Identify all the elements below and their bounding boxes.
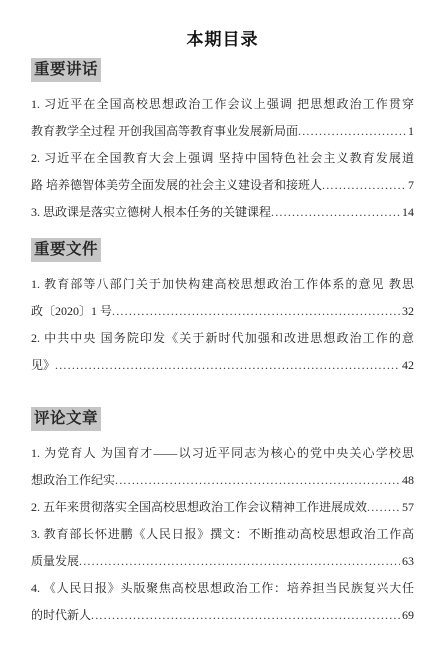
dot-leader [91,602,400,629]
toc-entry-line: 想政治工作纪实 [31,467,115,494]
document-page: 本期目录 重要讲话 1. 习近平在全国高校思想政治工作会议上强调 把思想政治工作… [0,0,438,654]
toc-entry[interactable]: 3. 教育部长怀进鹏《人民日报》撰文：不断推动高校思想政治工作高 质量发展63 [31,521,414,575]
section-heading: 重要文件 [31,238,101,262]
page-number: 7 [406,172,414,199]
toc-section-speeches: 重要讲话 1. 习近平在全国高校思想政治工作会议上强调 把思想政治工作贯穿 教育… [31,58,414,226]
section-heading: 评论文章 [31,407,101,431]
toc-entry-line: 4. 《人民日报》头版聚焦高校思想政治工作：培养担当民族复兴大任 [31,575,414,602]
toc-entry-line: 3. 教育部长怀进鹏《人民日报》撰文：不断推动高校思想政治工作高 [31,521,414,548]
toc-entry-line: 3. 思政课是落实立德树人根本任务的关键课程 [31,199,271,226]
toc-section-documents: 重要文件 1. 教育部等八部门关于加快构建高校思想政治工作体系的意见 教思 政〔… [31,238,414,379]
dot-leader [115,467,400,494]
toc-entry-line: 1. 习近平在全国高校思想政治工作会议上强调 把思想政治工作贯穿 [31,91,414,118]
toc-entry-line: 质量发展 [31,548,79,575]
page-number: 32 [400,298,414,325]
toc-entry[interactable]: 2. 中共中央 国务院印发《关于新时代加强和改进思想政治工作的意 见》42 [31,325,414,379]
toc-entry-line: 2. 习近平在全国教育大会上强调 坚持中国特色社会主义教育发展道 [31,145,414,172]
toc-entry[interactable]: 2. 五年来贯彻落实全国高校思想政治工作会议精神工作进展成效57 [31,494,414,521]
dot-leader [112,298,400,325]
toc-entry[interactable]: 2. 习近平在全国教育大会上强调 坚持中国特色社会主义教育发展道 路 培养德智体… [31,145,414,199]
page-number: 48 [400,467,414,494]
toc-entry-line: 政〔2020〕1 号 [31,298,112,325]
dot-leader [79,548,400,575]
toc-title: 本期目录 [31,28,414,52]
dot-leader [322,172,406,199]
toc-entry[interactable]: 4. 《人民日报》头版聚焦高校思想政治工作：培养担当民族复兴大任 的时代新人69 [31,575,414,629]
dot-leader [298,118,406,145]
toc-entry-line: 路 培养德智体美劳全面发展的社会主义建设者和接班人 [31,172,322,199]
toc-entry-line: 2. 五年来贯彻落实全国高校思想政治工作会议精神工作进展成效 [31,494,367,521]
dot-leader [55,352,400,379]
page-number: 14 [400,199,414,226]
page-number: 57 [400,494,414,521]
toc-section-commentary: 评论文章 1. 为党育人 为国育才——以习近平同志为核心的党中央关心学校思 想政… [31,407,414,629]
section-heading: 重要讲话 [31,58,101,82]
toc-entry-line: 1. 教育部等八部门关于加快构建高校思想政治工作体系的意见 教思 [31,271,414,298]
page-number: 42 [400,352,414,379]
toc-entry-line: 1. 为党育人 为国育才——以习近平同志为核心的党中央关心学校思 [31,440,414,467]
page-number: 1 [406,118,414,145]
toc-entry[interactable]: 1. 为党育人 为国育才——以习近平同志为核心的党中央关心学校思 想政治工作纪实… [31,440,414,494]
page-number: 63 [400,548,414,575]
dot-leader [271,199,400,226]
toc-entry-line: 教育教学全过程 开创我国高等教育事业发展新局面 [31,118,298,145]
toc-entry-line: 2. 中共中央 国务院印发《关于新时代加强和改进思想政治工作的意 [31,325,414,352]
toc-entry[interactable]: 1. 教育部等八部门关于加快构建高校思想政治工作体系的意见 教思 政〔2020〕… [31,271,414,325]
toc-entry-line: 见》 [31,352,55,379]
toc-entry[interactable]: 1. 习近平在全国高校思想政治工作会议上强调 把思想政治工作贯穿 教育教学全过程… [31,91,414,145]
page-number: 69 [400,602,414,629]
dot-leader [367,494,400,521]
toc-entry-line: 的时代新人 [31,602,91,629]
toc-entry[interactable]: 3. 思政课是落实立德树人根本任务的关键课程14 [31,199,414,226]
